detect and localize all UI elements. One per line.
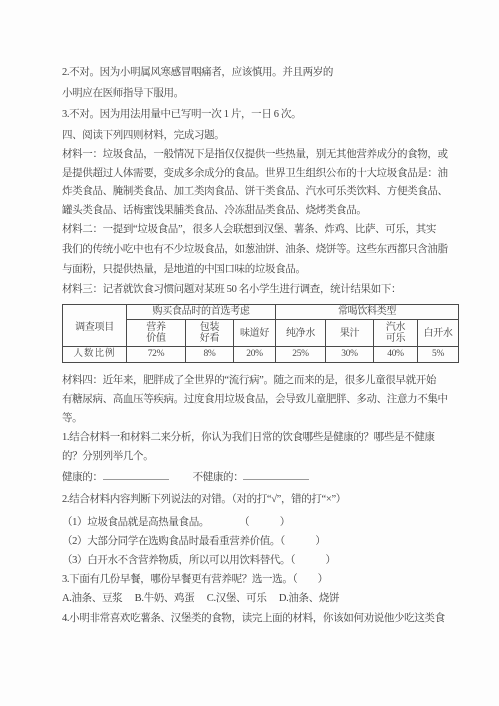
juice-value-cell: 30% xyxy=(326,347,374,363)
question-3: 3.下面有几份早餐，哪份早餐更有营养呢？选一选。（ ） xyxy=(62,570,459,589)
healthy-blank-line xyxy=(103,468,169,480)
pure-water-value-cell: 25% xyxy=(276,347,326,363)
soda-cola-value-cell: 40% xyxy=(374,347,418,363)
material-four-line-1: 材料四：近年来，肥胖成了全世界的“流行病”。随之而来的是，很多儿童很早就开始 xyxy=(62,371,459,390)
unhealthy-blank-line xyxy=(243,468,309,480)
material-four-paragraph: 材料四：近年来，肥胖成了全世界的“流行病”。随之而来的是，很多儿童很早就开始 有… xyxy=(62,371,459,428)
purchase-consideration-header-cell: 购买食品时的首选考虑 xyxy=(127,305,276,320)
boiled-water-value-cell: 5% xyxy=(418,347,459,363)
material-two-line-3: 与面粉，只提供热量，是地道的中国口味的垃圾食品。 xyxy=(62,260,459,280)
material-four-line-3: 等。 xyxy=(62,409,459,428)
nutrition-value-header-cell: 营养 价值 xyxy=(127,320,186,347)
material-one-line-2: 是提供超过人体需要，变成多余成分的食品。世界卫生组织公布的十大垃圾食品是：油 xyxy=(62,165,459,184)
answer-line-3: 3.不对。因为用法用量中已写明一次 1 片，一日 6 次。 xyxy=(62,104,459,125)
survey-table: 调查项目 购买食品时的首选考虑 常喝饮料类型 营养 价值 包装 好看 味道好 纯… xyxy=(62,304,459,363)
section-four-heading: 四、阅读下列四则材料，完成习题。 xyxy=(62,125,459,146)
boiled-water-header-cell: 白开水 xyxy=(418,320,459,347)
question-2-item-2: （2）大部分同学在选购食品时最看重营养价值。（ ） xyxy=(62,532,459,551)
material-one-line-4: 罐头类食品、话梅蜜饯果脯类食品、冷冻甜品类食品、烧烤类食品。 xyxy=(62,202,459,221)
question-3-options: A.油条、豆浆 B.牛奶、鸡蛋 C.汉堡、可乐 D.油条、烧饼 xyxy=(62,589,459,608)
question-1-line-2: 的？分别列举几个。 xyxy=(62,447,459,466)
ratio-row-label-cell: 人数比例 xyxy=(63,347,127,363)
material-one-line-3: 炸类食品、腌制类食品、加工类肉食品、饼干类食品、汽水可乐类饮料、方便类食品、 xyxy=(62,183,459,202)
material-two-line-1: 材料二：一提到“垃圾食品”，很多人会联想到汉堡、薯条、炸鸡、比萨、可乐，其实 xyxy=(62,220,459,240)
question-2-item-3: （3）白开水不含营养物质，所以可以用饮料替代。（ ） xyxy=(62,551,459,570)
material-one-paragraph: 材料一：垃圾食品，一般情况下是指仅仅提供一些热量，别无其他营养成分的食物，或 是… xyxy=(62,146,459,220)
question-2-item-1: （1）垃圾食品就是高热量食品。 （ ） xyxy=(62,513,459,532)
material-two-paragraph: 材料二：一提到“垃圾食品”，很多人会联想到汉堡、薯条、炸鸡、比萨、可乐，其实 我… xyxy=(62,220,459,280)
juice-header-cell: 果汁 xyxy=(326,320,374,347)
question-1-line-1: 1.结合材料一和材料二来分析，你认为我们日常的饮食哪些是健康的？哪些是不健康 xyxy=(62,428,459,447)
material-two-line-2: 我们的传统小吃中也有不少垃圾食品，如葱油饼、油条、烧饼等。这些东西都只含油脂 xyxy=(62,240,459,260)
worksheet-page: 2.不对。因为小明属风寒感冒咽痛者，应该慎用。并且两岁的 小明应在医师指导下服用… xyxy=(0,0,499,706)
unhealthy-label: 不健康的： xyxy=(193,472,244,483)
material-one-line-1: 材料一：垃圾食品，一般情况下是指仅仅提供一些热量，别无其他营养成分的食物，或 xyxy=(62,146,459,165)
healthy-label: 健康的： xyxy=(62,472,103,483)
soda-cola-header-cell: 汽水 可乐 xyxy=(374,320,418,347)
taste-value-cell: 20% xyxy=(234,347,276,363)
drink-type-header-cell: 常喝饮料类型 xyxy=(276,305,459,320)
nutrition-value-cell: 72% xyxy=(127,347,186,363)
material-four-line-2: 有糖尿病、高血压等疾病。过度食用垃圾食品，会导致儿童肥胖、多动、注意力不集中 xyxy=(62,390,459,409)
material-three-intro: 材料三：记者就饮食习惯问题对某班 50 名小学生进行调查，统计结果如下： xyxy=(62,280,459,300)
question-4: 4.小明非常喜欢吃薯条、汉堡类的食物，读完上面的材料，你该如何劝说他少吃这类食 xyxy=(62,608,459,629)
survey-item-header-cell: 调查项目 xyxy=(63,305,127,347)
answer-line-2a: 2.不对。因为小明属风寒感冒咽痛者，应该慎用。并且两岁的 xyxy=(62,62,459,83)
packaging-header-cell: 包装 好看 xyxy=(186,320,234,347)
packaging-value-cell: 8% xyxy=(186,347,234,363)
question-2: 2.结合材料内容判断下列说法的对错。（对的打“√”，错的打“×”） xyxy=(62,489,459,510)
answer-line-2b: 小明应在医师指导下服用。 xyxy=(62,83,459,104)
answer-blanks-row: 健康的：不健康的： xyxy=(62,466,459,489)
pure-water-header-cell: 纯净水 xyxy=(276,320,326,347)
taste-header-cell: 味道好 xyxy=(234,320,276,347)
